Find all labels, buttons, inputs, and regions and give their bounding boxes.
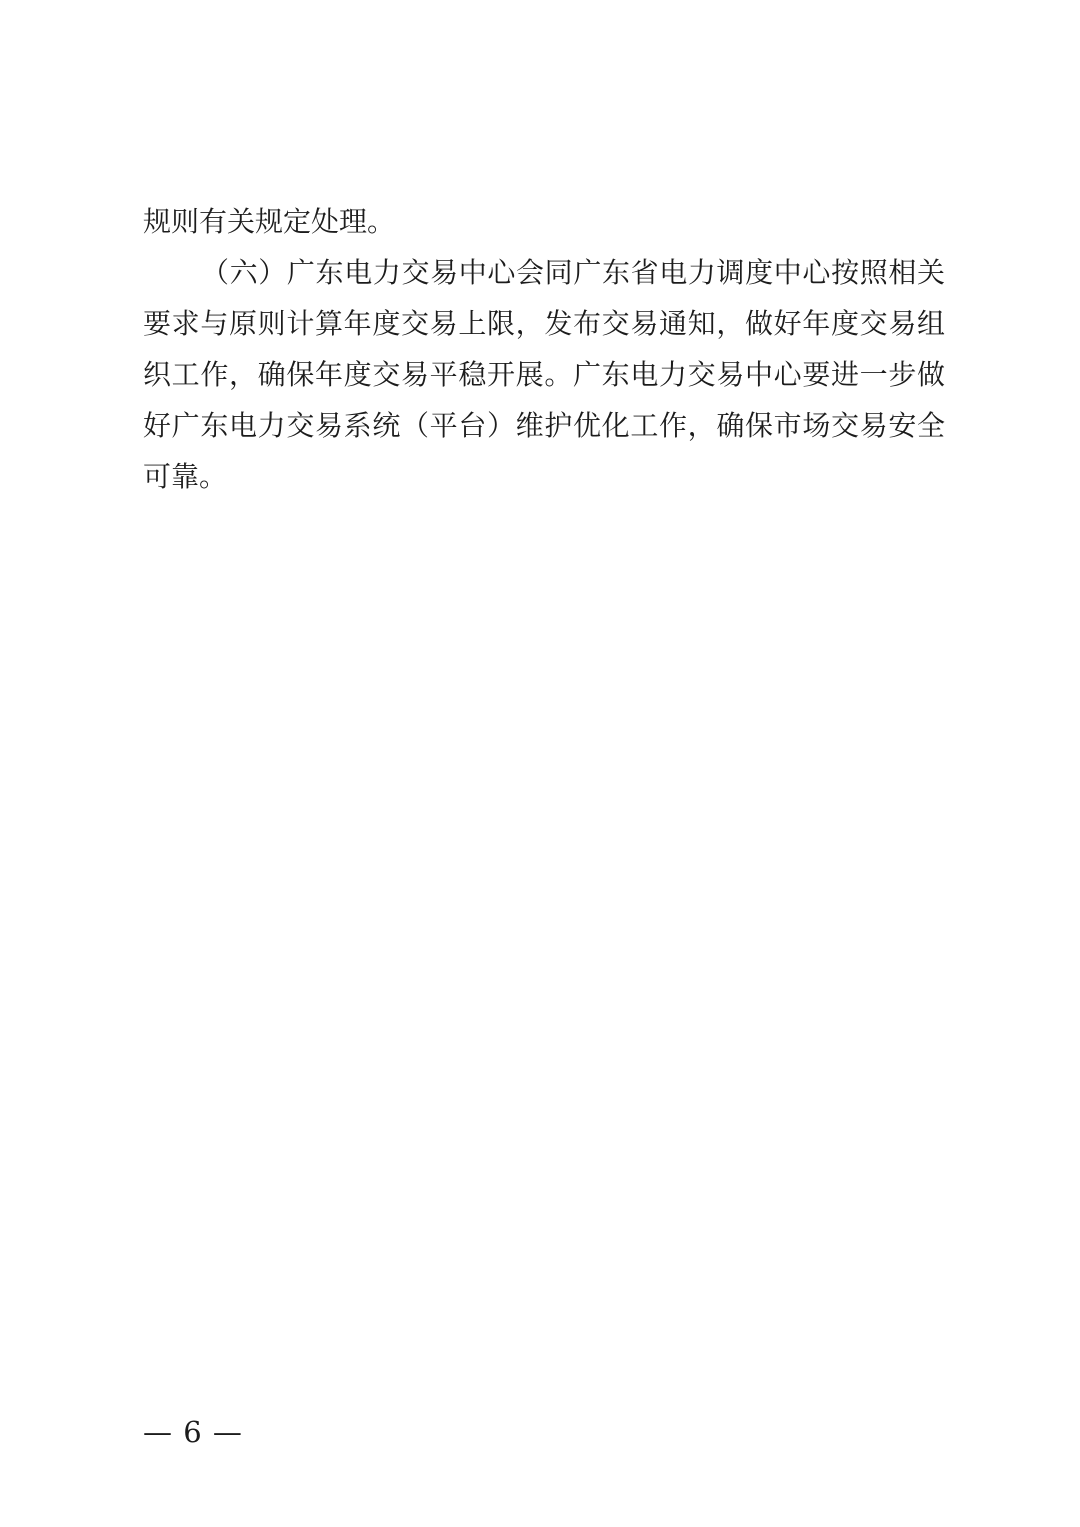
- body-line: （六）广东电力交易中心会同广东省电力调度中心按照相关: [143, 247, 945, 298]
- document-page: 规则有关规定处理。 （六）广东电力交易中心会同广东省电力调度中心按照相关 要求与…: [0, 0, 1080, 1527]
- page-number: — 6 —: [143, 1412, 243, 1452]
- body-line: 规则有关规定处理。: [143, 196, 945, 247]
- body-line: 要求与原则计算年度交易上限，发布交易通知，做好年度交易组: [143, 298, 945, 349]
- body-line: 织工作，确保年度交易平稳开展。广东电力交易中心要进一步做: [143, 349, 945, 400]
- body-text: 规则有关规定处理。 （六）广东电力交易中心会同广东省电力调度中心按照相关 要求与…: [143, 196, 945, 502]
- body-line: 好广东电力交易系统（平台）维护优化工作，确保市场交易安全: [143, 400, 945, 451]
- body-line: 可靠。: [143, 451, 945, 502]
